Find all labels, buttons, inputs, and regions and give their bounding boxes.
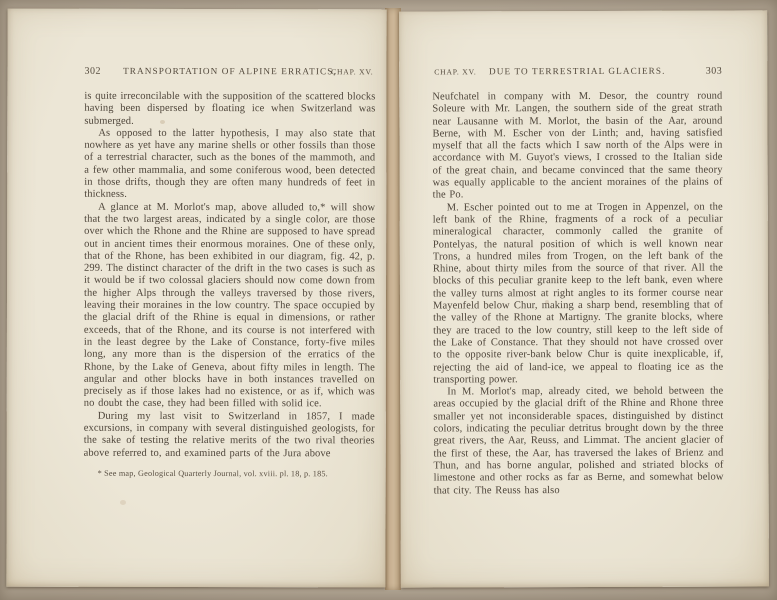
paragraph: M. Escher pointed out to me at Trogen in… xyxy=(433,201,724,386)
book-scan-scene: 302 TRANSPORTATION OF ALPINE ERRATICS, C… xyxy=(0,0,777,600)
paragraph: A glance at M. Morlot's map, above allud… xyxy=(84,201,375,411)
right-running-title: DUE TO TERRESTRIAL GLACIERS. xyxy=(432,66,722,77)
left-page-body: is quite irreconcilable with the supposi… xyxy=(84,91,376,461)
right-running-head: CHAP. XV. DUE TO TERRESTRIAL GLACIERS. 3… xyxy=(432,66,722,80)
right-page: CHAP. XV. DUE TO TERRESTRIAL GLACIERS. 3… xyxy=(399,10,769,587)
left-page: 302 TRANSPORTATION OF ALPINE ERRATICS, C… xyxy=(6,9,386,588)
paragraph: During my last visit to Switzerland in 1… xyxy=(84,410,375,460)
right-page-body: Neufchatel in company with M. Desor, the… xyxy=(432,91,723,498)
paragraph: is quite irreconcilable with the supposi… xyxy=(84,91,375,129)
right-page-content: CHAP. XV. DUE TO TERRESTRIAL GLACIERS. 3… xyxy=(399,10,769,587)
left-page-footnote: * See map, Geological Quarterly Journal,… xyxy=(84,469,375,480)
left-running-head: 302 TRANSPORTATION OF ALPINE ERRATICS, C… xyxy=(84,66,375,80)
paragraph: In M. Morlot's map, already cited, we be… xyxy=(433,386,723,498)
left-chapter-label: CHAP. XV. xyxy=(331,67,373,76)
right-page-number: 303 xyxy=(706,66,723,77)
paragraph: As opposed to the latter hypothesis, I m… xyxy=(84,128,375,202)
paragraph: Neufchatel in company with M. Desor, the… xyxy=(432,91,722,203)
left-page-content: 302 TRANSPORTATION OF ALPINE ERRATICS, C… xyxy=(6,9,386,588)
